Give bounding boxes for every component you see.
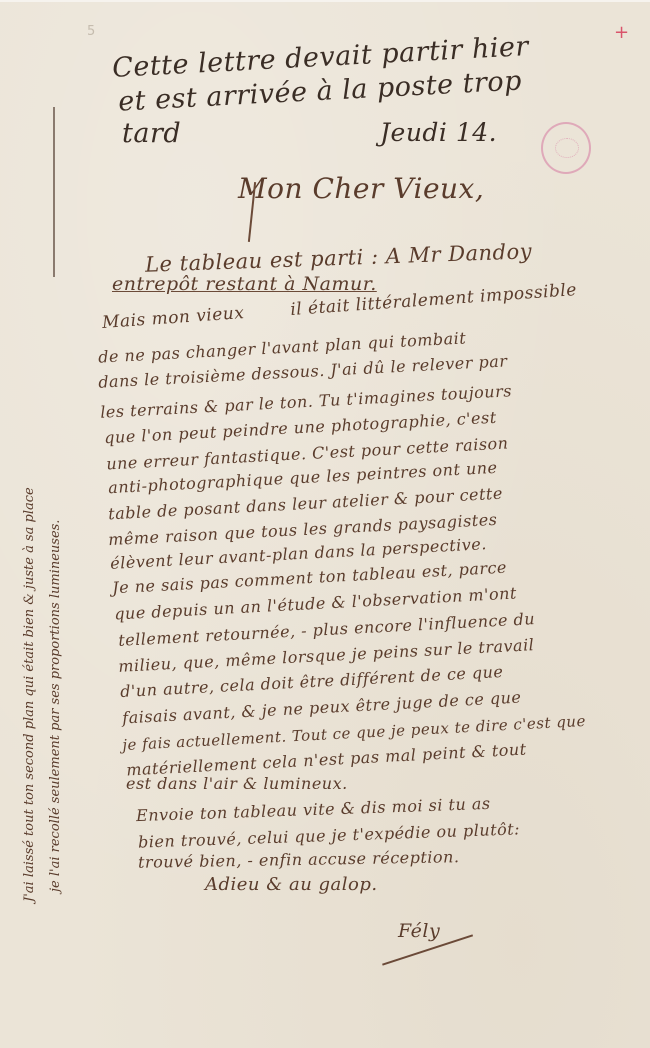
letter-date: Jeudi 14.	[380, 118, 497, 147]
margin-note-line: J'ai laissé tout ton second plan qui éta…	[22, 487, 37, 902]
body-line: Le tableau est parti : A Mr Dandoy	[145, 239, 533, 276]
signature: Fély	[398, 920, 440, 942]
page-number: 5	[87, 24, 95, 39]
letter-page: 5 + Cette lettre devait partir hier et e…	[0, 0, 650, 1048]
closing: Adieu & au galop.	[205, 874, 378, 895]
archive-stamp-icon	[541, 122, 591, 174]
margin-note-line: je l'ai recollé seulement par ses propor…	[48, 520, 63, 892]
red-cross-mark: +	[614, 22, 629, 43]
body-line: entrepôt restant à Namur.	[112, 273, 377, 295]
margin-pen-line	[53, 107, 55, 277]
body-line: Envoie ton tableau vite & dis moi si tu …	[136, 794, 491, 825]
header-note-line: tard	[122, 118, 181, 149]
body-line: bien trouvé, celui que je t'expédie ou p…	[138, 819, 521, 851]
body-line: Mais mon vieux	[101, 303, 245, 333]
salutation: Mon Cher Vieux,	[238, 172, 484, 205]
body-line: est dans l'air & lumineux.	[126, 774, 348, 793]
body-line: trouvé bien, - enfin accuse réception.	[138, 847, 460, 872]
